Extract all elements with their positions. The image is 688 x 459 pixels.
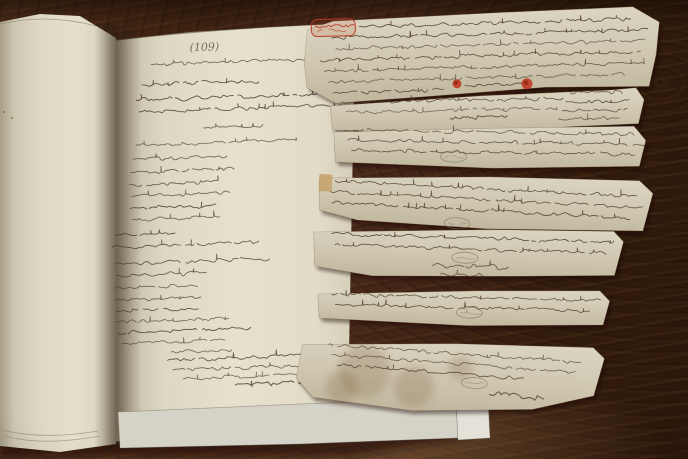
parchment-slip-5 [312, 222, 626, 287]
manuscript-photo: (109) [0, 0, 688, 459]
tape-fragment [319, 174, 333, 192]
slip-parchment [317, 164, 653, 237]
ink-showthrough [3, 111, 5, 113]
page-number: (109) [189, 40, 219, 54]
gutter-shadow-left [94, 24, 116, 446]
parchment-slip-6 [317, 284, 612, 333]
red-decorated-initial [311, 19, 355, 37]
ink-showthrough [11, 117, 13, 119]
photo-of-manuscript-on-table: (109) [0, 0, 688, 459]
